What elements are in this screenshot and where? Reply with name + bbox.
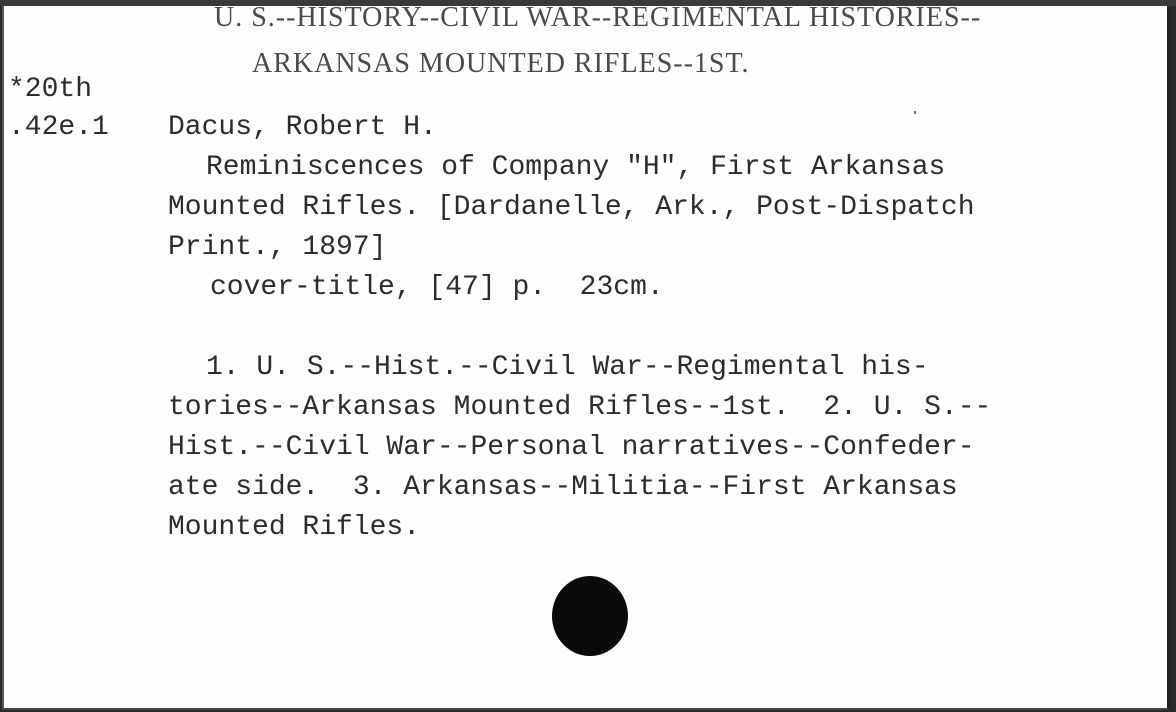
author-entry: Dacus, Robert H. xyxy=(168,108,437,148)
call-number-line-2: .42e.1 xyxy=(8,108,109,148)
subject-heading-line-1: U. S.--HISTORY--CIVIL WAR--REGIMENTAL HI… xyxy=(214,0,981,38)
subject-tracing-line: Hist.--Civil War--Personal narratives--C… xyxy=(168,428,975,468)
subject-tracing-line: Mounted Rifles. xyxy=(168,508,420,548)
title-line: Mounted Rifles. [Dardanelle, Ark., Post-… xyxy=(168,188,975,228)
subject-heading-line-2: ARKANSAS MOUNTED RIFLES--1ST. xyxy=(252,44,750,84)
subject-tracing-line: 1. U. S.--Hist.--Civil War--Regimental h… xyxy=(206,348,929,388)
title-line: Reminiscences of Company "H", First Arka… xyxy=(206,148,945,188)
subject-tracing-line: tories--Arkansas Mounted Rifles--1st. 2.… xyxy=(168,388,991,428)
title-line: Print., 1897] xyxy=(168,228,386,268)
call-number-line-1: *20th xyxy=(8,70,92,110)
subject-tracing-line: ate side. 3. Arkansas--Militia--First Ar… xyxy=(168,468,958,508)
punch-hole xyxy=(552,576,628,656)
collation: cover-title, [47] p. 23cm. xyxy=(210,268,664,308)
paper-speck xyxy=(914,111,916,114)
